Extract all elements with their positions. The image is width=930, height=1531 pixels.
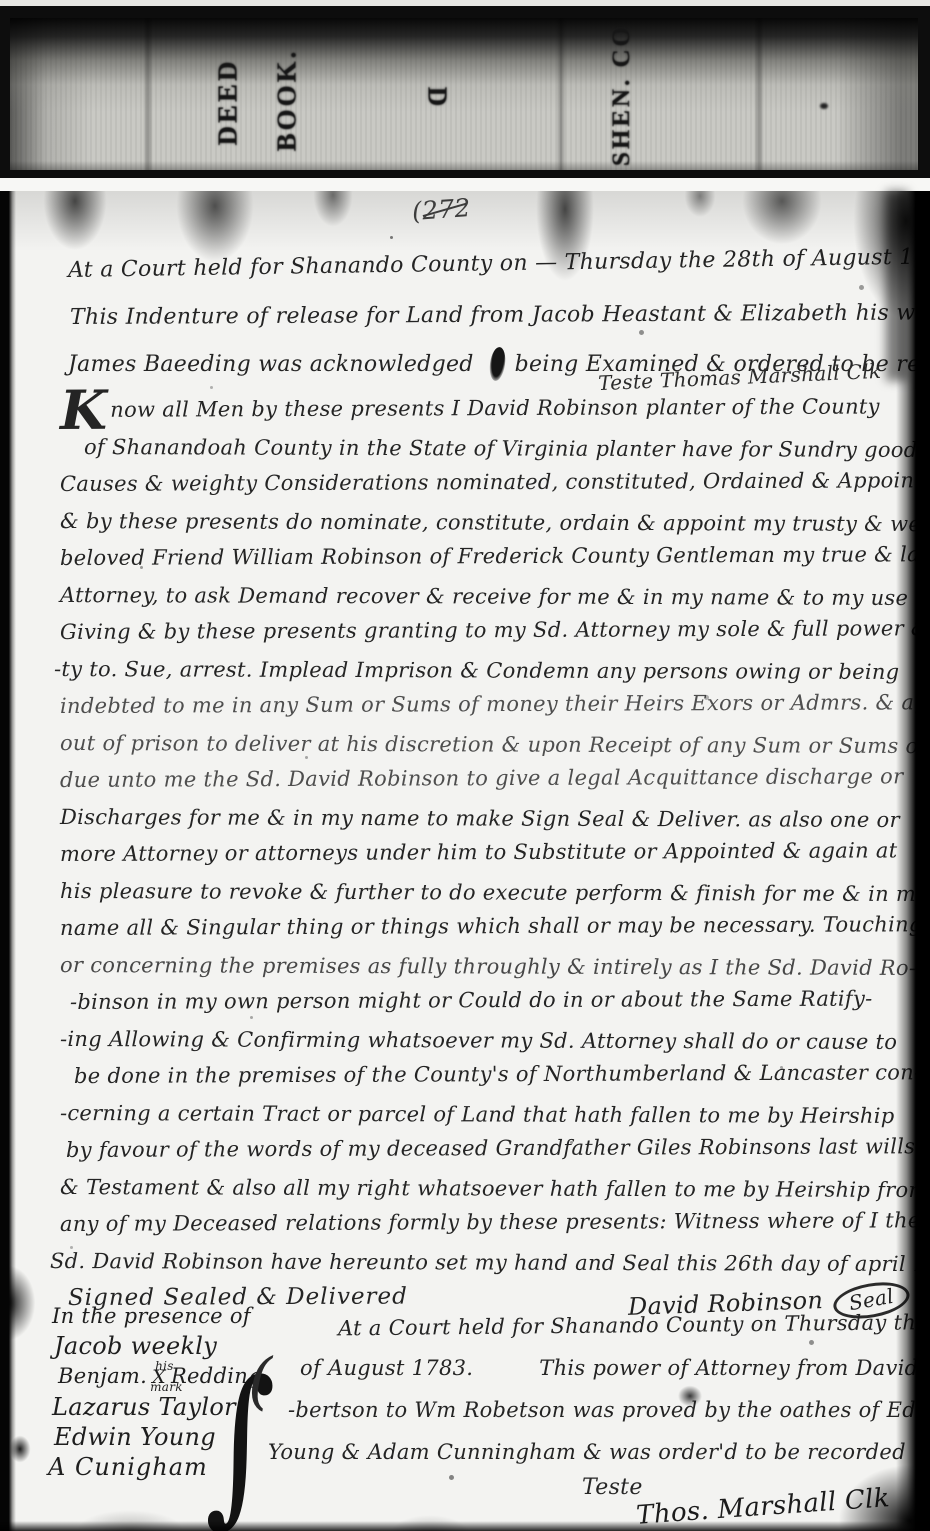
witness-mark: hisXmark [152, 1362, 166, 1392]
attestation-teste: Teste [582, 1475, 643, 1500]
manuscript-line-segment: James Baeeding was acknowledged [68, 352, 474, 377]
manuscript-line: name all & Singular thing or things whic… [60, 906, 930, 947]
manuscript-line: indebted to me in any Sum or Sums of mon… [60, 684, 930, 725]
manuscript-line: Know all Men by these presents I David R… [60, 388, 930, 429]
manuscript-line: by favour of the words of my deceased Gr… [66, 1128, 930, 1169]
page-edge-left [0, 191, 16, 1531]
deed-body: Know all Men by these presents I David R… [60, 392, 930, 1317]
spine-ink-dot [820, 103, 828, 109]
book-spine: DEED BOOK. D SHEN. CO [0, 6, 930, 178]
court-entry-2-line: -bertson to Wm Robetson was proved by th… [288, 1398, 930, 1422]
ink-blot [487, 346, 507, 382]
witness-heading: In the presence of [52, 1301, 262, 1331]
page-number: (272 [411, 193, 472, 226]
manuscript-line-segment: of August 1783. [300, 1356, 473, 1380]
manuscript-line: Causes & weighty Considerations nominate… [60, 462, 930, 503]
manuscript-line: be done in the premises of the County's … [74, 1054, 930, 1095]
manuscript-line-segment: now all Men by these presents I David Ro… [110, 394, 880, 421]
spine-label-county: SHEN. CO [608, 24, 636, 166]
spine-label-deed: DEED [213, 58, 244, 145]
manuscript-line: Giving & by these presents granting to m… [60, 610, 930, 651]
spine-label-book: BOOK. [272, 49, 303, 152]
spine-ridge [754, 18, 764, 170]
manuscript-line: any of my Deceased relations formly by t… [60, 1202, 930, 1243]
page-gap [0, 178, 930, 191]
manuscript-line: more Attorney or attorneys under him to … [60, 832, 930, 873]
ink-speckles [390, 236, 393, 239]
scanned-deed-book-page: DEED BOOK. D SHEN. CO (272 At a Court he… [0, 0, 930, 1531]
manuscript-line: beloved Friend William Robinson of Frede… [60, 536, 930, 577]
witness-name-part: Benjam. [58, 1364, 147, 1388]
manuscript-line-segment: This power of Attorney from David Ro- [539, 1356, 930, 1380]
page-edge-right [896, 191, 930, 1531]
manuscript-line: due unto me the Sd. David Robinson to gi… [60, 758, 930, 799]
spine-ridge [143, 18, 153, 170]
court-entry-2-line: of August 1783.This power of Attorney fr… [300, 1356, 930, 1380]
spine-label-volume: D [422, 87, 453, 110]
paren-flourish-icon: ( [248, 1346, 272, 1416]
manuscript-line: This Indenture of release for Land from … [70, 289, 930, 341]
manuscript-page: (272 At a Court held for Shanando County… [0, 191, 930, 1531]
spine-ridge [556, 18, 566, 170]
manuscript-line: -binson in my own person might or Could … [70, 980, 930, 1021]
court-entry-2-line: Young & Adam Cunningham & was order'd to… [268, 1440, 906, 1464]
page-edge-bottom [0, 1521, 930, 1531]
witness-mark-note-mark: mark [150, 1372, 183, 1402]
manuscript-line: At a Court held for Shanando County on —… [68, 232, 930, 294]
